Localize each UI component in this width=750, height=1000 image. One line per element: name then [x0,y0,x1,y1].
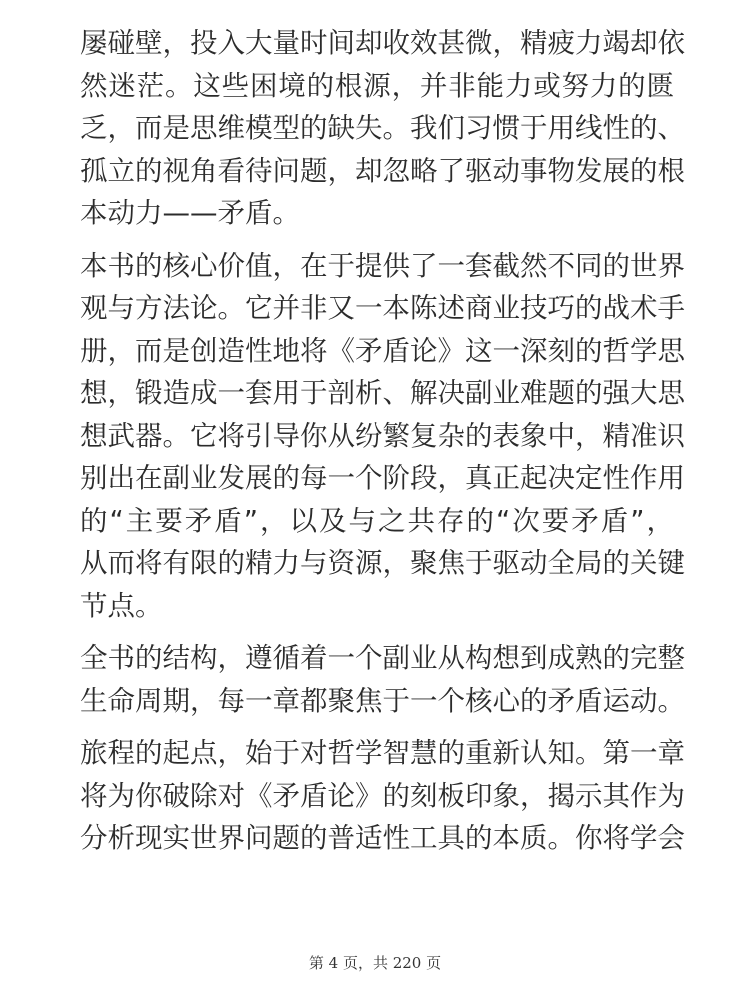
text-line: 的“主要矛盾”，以及与之共存的“次要矛盾”， [80,500,674,543]
text-line: 别出在副业发展的每一个阶段，真正起决定性作用 [80,457,674,500]
text-line: 想武器。它将引导你从纷繁复杂的表象中，精准识 [80,415,674,458]
text-line: 孤立的视角看待问题，却忽略了驱动事物发展的根 [80,150,674,193]
paragraph-2: 本书的核心价值，在于提供了一套截然不同的世界 观与方法论。它并非又一本陈述商业技… [80,245,674,628]
text-line: 分析现实世界问题的普适性工具的本质。你将学会 [80,817,674,860]
page-number-footer: 第 4 页，共 220 页 [0,952,750,973]
text-line: 本书的核心价值，在于提供了一套截然不同的世界 [80,245,674,288]
paragraph-1: 屡碰壁，投入大量时间却收效甚微，精疲力竭却依 然迷茫。这些困境的根源，并非能力或… [80,22,674,235]
paragraph-4: 旅程的起点，始于对哲学智慧的重新认知。第一章 将为你破除对《矛盾论》的刻板印象，… [80,732,674,860]
text-line: 观与方法论。它并非又一本陈述商业技巧的战术手 [80,287,674,330]
text-line: 从而将有限的精力与资源，聚焦于驱动全局的关键 [80,542,674,585]
text-line: 全书的结构，遵循着一个副业从构想到成熟的完整 [80,637,674,680]
text-line: 生命周期，每一章都聚焦于一个核心的矛盾运动。 [80,680,674,723]
text-line: 册，而是创造性地将《矛盾论》这一深刻的哲学思 [80,330,674,373]
text-line: 然迷茫。这些困境的根源，并非能力或努力的匮 [80,65,674,108]
text-line: 本动力——矛盾。 [80,192,674,235]
paragraph-3: 全书的结构，遵循着一个副业从构想到成熟的完整 生命周期，每一章都聚焦于一个核心的… [80,637,674,722]
text-line: 节点。 [80,585,674,628]
document-page: 屡碰壁，投入大量时间却收效甚微，精疲力竭却依 然迷茫。这些困境的根源，并非能力或… [80,22,674,870]
text-line: 想，锻造成一套用于剖析、解决副业难题的强大思 [80,372,674,415]
text-line: 屡碰壁，投入大量时间却收效甚微，精疲力竭却依 [80,22,674,65]
text-line: 将为你破除对《矛盾论》的刻板印象，揭示其作为 [80,775,674,818]
text-line: 旅程的起点，始于对哲学智慧的重新认知。第一章 [80,732,674,775]
text-line: 乏，而是思维模型的缺失。我们习惯于用线性的、 [80,107,674,150]
